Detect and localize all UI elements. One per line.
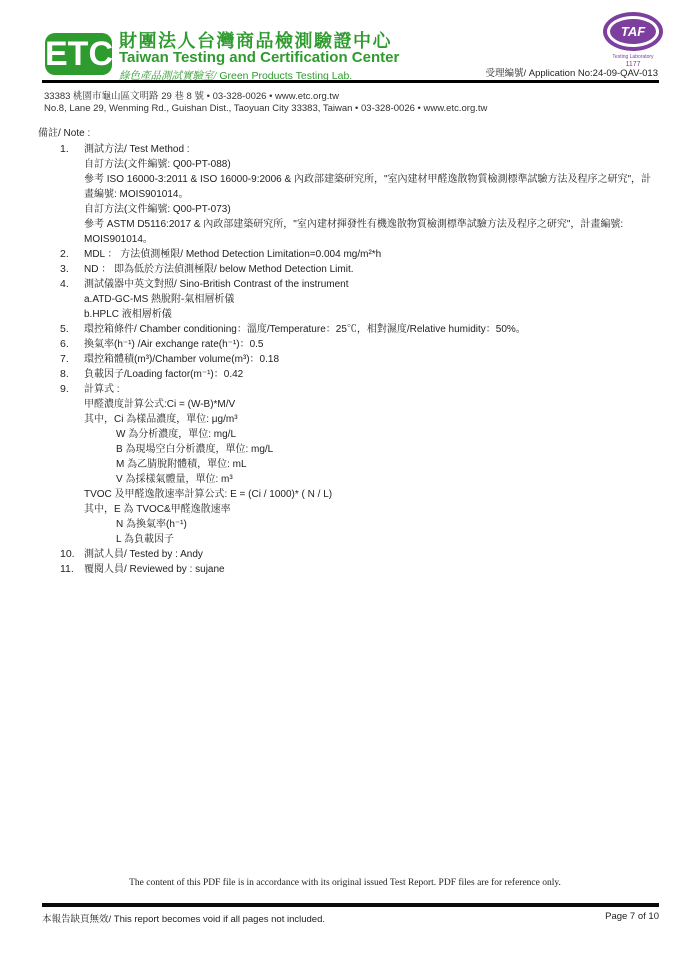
- note-line-formula: 甲醛濃度計算公式:Ci = (W-B)*M/V: [84, 397, 660, 412]
- address-zh: 33383 桃園市龜山區文明路 29 巷 8 號 • 03-328-0026 •…: [44, 88, 339, 102]
- taf-accreditation: TAF Testing Laboratory 1177: [601, 12, 665, 69]
- note-line-reviewed-by: 覆閱人員/ Reviewed by : sujane: [84, 562, 660, 577]
- notes-title: 備註/ Note :: [38, 126, 660, 142]
- taf-logo-label: TAF: [610, 19, 656, 44]
- footer-divider: [42, 903, 659, 907]
- note-line-formula: N 為換氣率(h⁻¹): [84, 517, 660, 532]
- note-number: 8.: [60, 367, 84, 382]
- etc-logo: ETC: [45, 33, 112, 75]
- taf-logo-icon: TAF: [603, 12, 663, 51]
- note-line: 環控箱條件/ Chamber conditioning：溫度/Temperatu…: [84, 322, 660, 337]
- note-line-formula: 其中，E 為 TVOC&甲醛逸散速率: [84, 502, 660, 517]
- note-number: 6.: [60, 337, 84, 352]
- note-line-formula: V 為採樣氣體量，單位: m³: [84, 472, 660, 487]
- note-line: 測試方法/ Test Method :: [84, 142, 660, 157]
- note-number: 4.: [60, 277, 84, 322]
- note-line: 自訂方法(文件編號: Q00-PT-088): [84, 157, 660, 172]
- note-line-formula: 其中，Ci 為樣品濃度，單位: μg/m³: [84, 412, 660, 427]
- note-item-3: 3. ND ： 即為低於方法偵測極限/ below Method Detecti…: [38, 262, 660, 277]
- note-item-6: 6. 換氣率(h⁻¹) /Air exchange rate(h⁻¹)：0.5: [38, 337, 660, 352]
- note-line: ND ： 即為低於方法偵測極限/ below Method Detection …: [84, 262, 660, 277]
- note-line: 負載因子/Loading factor(m⁻¹)：0.42: [84, 367, 660, 382]
- note-item-4: 4. 測試儀器中英文對照/ Sino-British Contrast of t…: [38, 277, 660, 322]
- note-item-7: 7. 環控箱體積(m³)/Chamber volume(m³)：0.18: [38, 352, 660, 367]
- test-report-page: ETC 財團法人台灣商品檢測驗證中心 Taiwan Testing and Ce…: [0, 0, 690, 971]
- note-item-8: 8. 負載因子/Loading factor(m⁻¹)：0.42: [38, 367, 660, 382]
- note-line: 參考 ISO 16000-3:2011 & ISO 16000-9:2006 &…: [84, 172, 660, 202]
- notes-section: 備註/ Note : 1. 測試方法/ Test Method : 自訂方法(文…: [38, 126, 660, 577]
- address-en: No.8, Lane 29, Wenming Rd., Guishan Dist…: [44, 103, 487, 114]
- void-notice: 本報告缺頁無效/ This report becomes void if all…: [42, 911, 325, 925]
- note-item-9: 9. 計算式 : 甲醛濃度計算公式:Ci = (W-B)*M/V 其中，Ci 為…: [38, 382, 660, 547]
- note-number: 2.: [60, 247, 84, 262]
- header-divider: [42, 80, 659, 83]
- note-number: 11.: [60, 562, 84, 577]
- pdf-reference-notice: The content of this PDF file is in accor…: [0, 878, 690, 888]
- note-line: 測試儀器中英文對照/ Sino-British Contrast of the …: [84, 277, 660, 292]
- note-item-10: 10. 測試人員/ Tested by : Andy: [38, 547, 660, 562]
- application-number: 受理編號/ Application No:24-09-QAV-013: [486, 65, 659, 79]
- note-line: 自訂方法(文件編號: Q00-PT-073): [84, 202, 660, 217]
- note-line: 參考 ASTM D5116:2017 & 內政部建築研究所，"室內建材揮發性有機…: [84, 217, 660, 247]
- note-line: b.HPLC 液相層析儀: [84, 307, 660, 322]
- note-item-1: 1. 測試方法/ Test Method : 自訂方法(文件編號: Q00-PT…: [38, 142, 660, 247]
- note-number: 10.: [60, 547, 84, 562]
- note-line: 換氣率(h⁻¹) /Air exchange rate(h⁻¹)：0.5: [84, 337, 660, 352]
- note-item-5: 5. 環控箱條件/ Chamber conditioning：溫度/Temper…: [38, 322, 660, 337]
- note-line: 計算式 :: [84, 382, 660, 397]
- note-number: 7.: [60, 352, 84, 367]
- note-item-11: 11. 覆閱人員/ Reviewed by : sujane: [38, 562, 660, 577]
- note-number: 3.: [60, 262, 84, 277]
- note-line-formula: TVOC 及甲醛逸散速率計算公式: E = (Ci / 1000)* ( N /…: [84, 487, 660, 502]
- org-name-en: Taiwan Testing and Certification Center: [119, 49, 399, 66]
- note-number: 9.: [60, 382, 84, 547]
- note-line-formula: L 為負載因子: [84, 532, 660, 547]
- note-line-tested-by: 測試人員/ Tested by : Andy: [84, 547, 660, 562]
- note-line: 環控箱體積(m³)/Chamber volume(m³)：0.18: [84, 352, 660, 367]
- note-line-formula: M 為乙腈脫附體積，單位: mL: [84, 457, 660, 472]
- note-line-formula: B 為現場空白分析濃度，單位: mg/L: [84, 442, 660, 457]
- note-item-2: 2. MDL ： 方法偵測極限/ Method Detection Limita…: [38, 247, 660, 262]
- note-number: 5.: [60, 322, 84, 337]
- note-number: 1.: [60, 142, 84, 247]
- note-line: a.ATD-GC-MS 熱脫附-氣相層析儀: [84, 292, 660, 307]
- note-line-formula: W 為分析濃度，單位: mg/L: [84, 427, 660, 442]
- page-number: Page 7 of 10: [605, 911, 659, 922]
- note-line: MDL ： 方法偵測極限/ Method Detection Limitatio…: [84, 247, 660, 262]
